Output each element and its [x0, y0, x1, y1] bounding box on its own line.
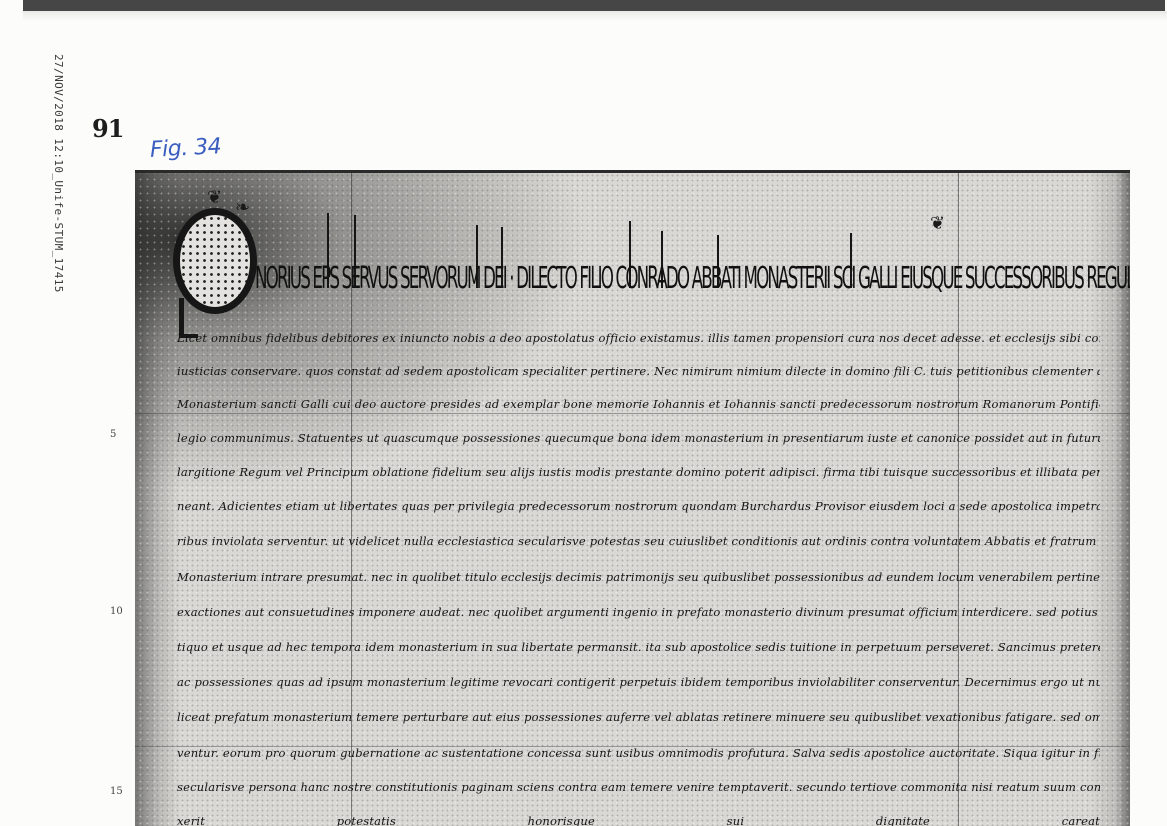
scanner-edge-shadow [23, 11, 1167, 21]
line-number-5: 5 [110, 429, 116, 440]
heading-elongated-script: NORIUS EPS SERVUS SERVORUM DEI · DILECTO… [255, 261, 1130, 296]
charter-facsimile: ❦ ❧ ❦ NORIUS EPS SERVUS SERVORUM DEI · D… [135, 170, 1130, 826]
charter-text-line: ventur. eorum pro quorum gubernatione ac… [177, 746, 1100, 760]
charter-heading: NORIUS EPS SERVUS SERVORUM DEI · DILECTO… [255, 248, 1080, 296]
page-number: 91 [92, 114, 123, 143]
figure-annotation: Fig. 34 [149, 134, 221, 163]
charter-text-line: neant. Adicientes etiam ut libertates qu… [177, 499, 1100, 513]
scanner-top-edge [23, 0, 1165, 11]
charter-text-line: iusticias conservare. quos constat ad se… [177, 364, 1100, 378]
charter-text-line: legio communimus. Statuentes ut quascumq… [177, 431, 1100, 445]
charter-text-line: largitione Regum vel Principum oblatione… [177, 465, 1100, 479]
charter-text-line: secularisve persona hanc nostre constitu… [177, 780, 1100, 794]
initial-vine-ornament-icon: ❧ [235, 197, 250, 218]
charter-text-line: xerit potestatis honorisque sui dignitat… [177, 814, 1100, 826]
charter-text-line: Licet omnibus fidelibus debitores ex ini… [177, 331, 1100, 345]
initial-vine-ornament-icon: ❦ [207, 187, 222, 208]
invocation-vine-ornament-icon: ❦ [930, 213, 945, 234]
line-number-10: 10 [110, 606, 123, 617]
line-number-15: 15 [110, 786, 123, 797]
charter-text-line: Monasterium intrare presumat. nec in quo… [177, 570, 1100, 584]
charter-text-line: ribus inviolata serventur. ut videlicet … [177, 534, 1100, 548]
charter-text-line: exactiones aut consuetudines imponere au… [177, 605, 1100, 619]
scan-timestamp-stamp: 27/NOV/2018 12:10_Unife-STUM_17415 [52, 54, 65, 293]
charter-text-line: liceat prefatum monasterium temere pertu… [177, 710, 1100, 724]
fold-line-horizontal [135, 413, 1130, 414]
charter-text-line: Monasterium sancti Galli cui deo auctore… [177, 397, 1100, 411]
charter-text-line: ac possessiones quas ad ipsum monasteriu… [177, 675, 1100, 689]
charter-text-line: tiquo et usque ad hec tempora idem monas… [177, 640, 1100, 654]
